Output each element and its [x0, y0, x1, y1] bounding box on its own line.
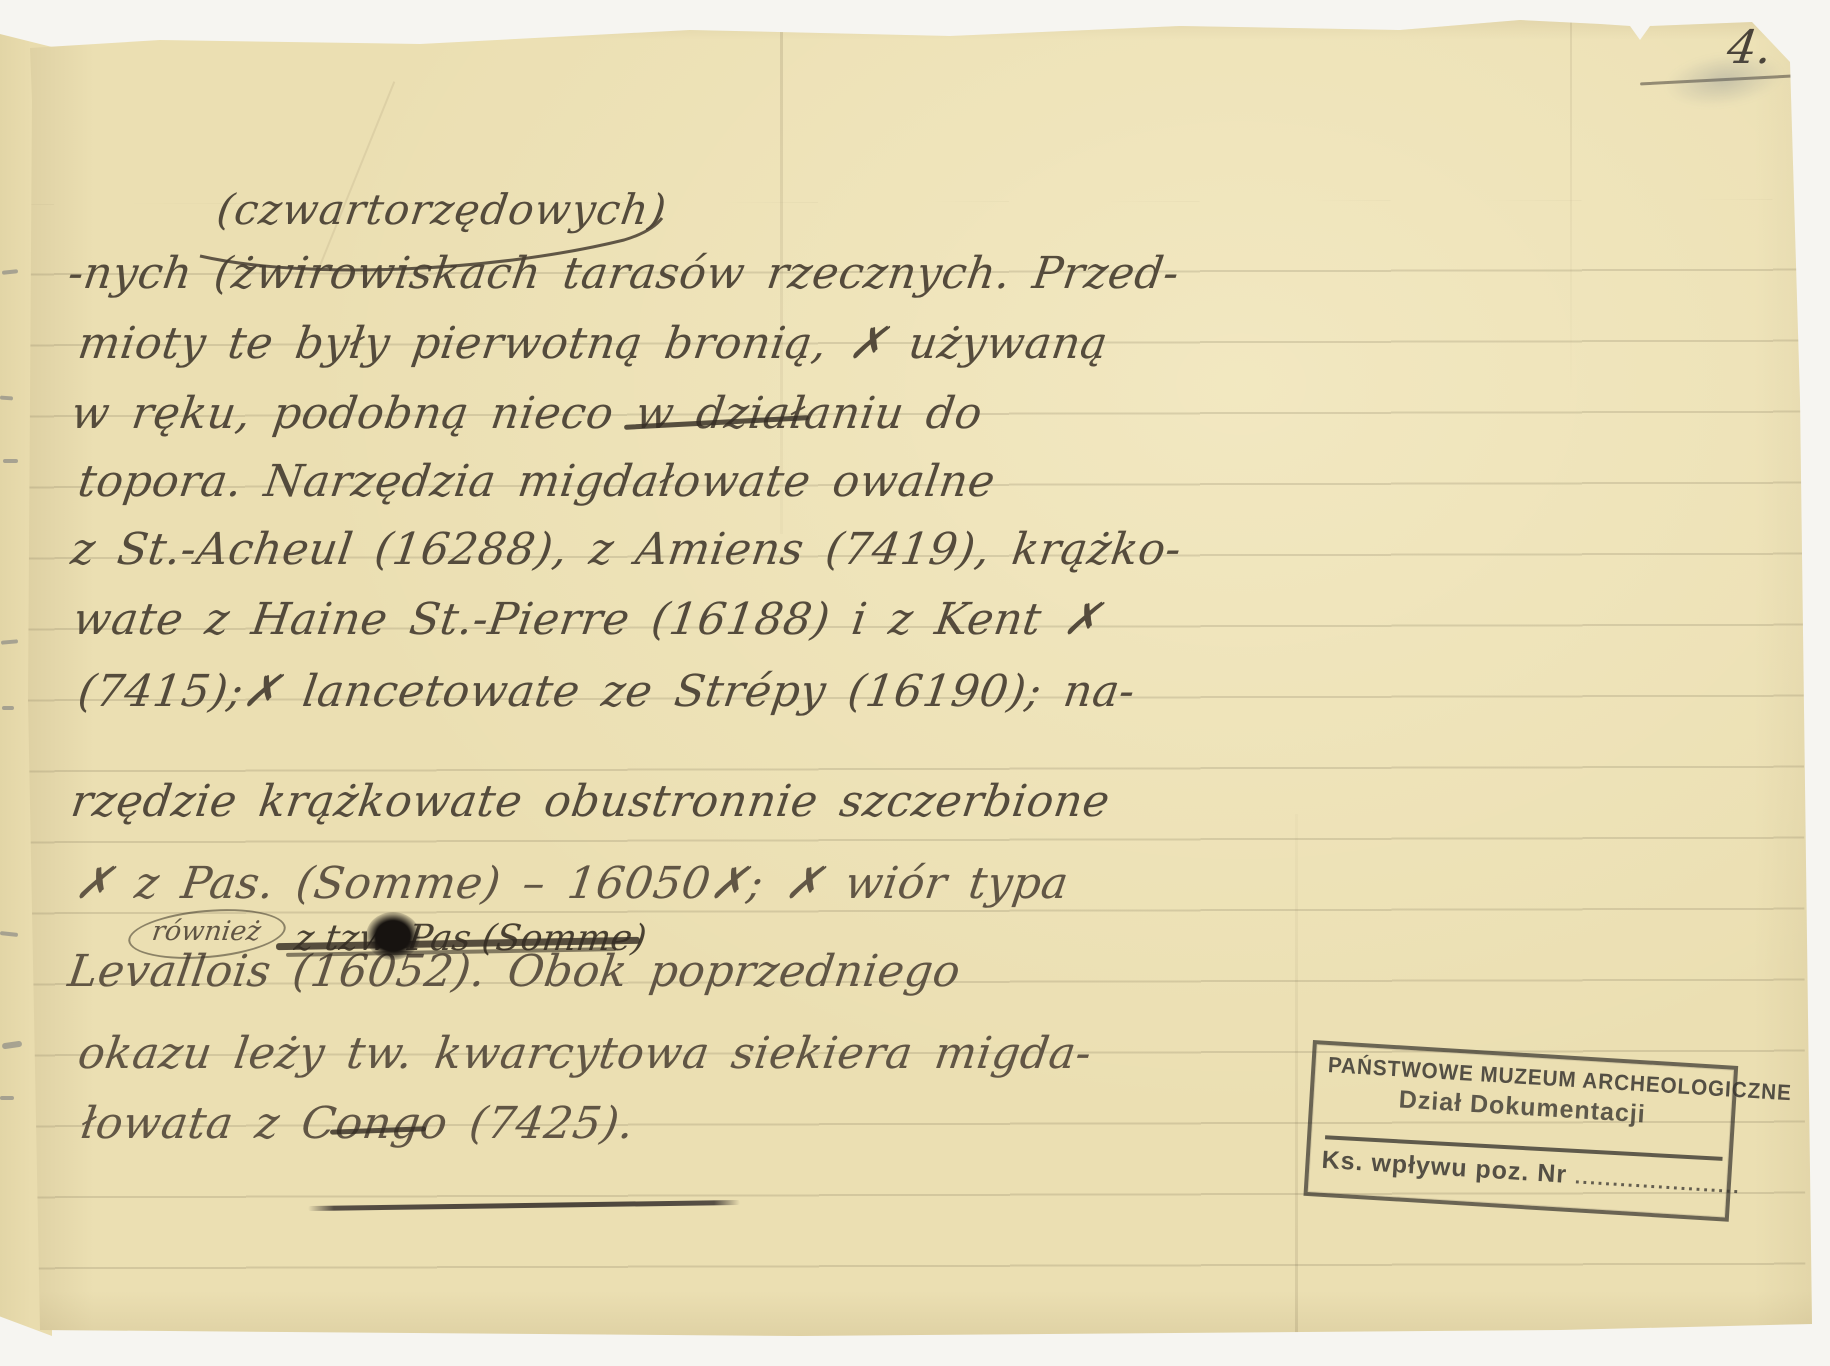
manuscript-line-9: ✗ z Pas. (Somme) – 16050✗; ✗ wiór typa [72, 858, 1072, 909]
manuscript-line-3: w ręku, podobną nieco w działaniu do [68, 388, 986, 439]
showthrough-mark [0, 931, 18, 937]
inserted-word: również [150, 916, 263, 947]
fold-crease [1295, 814, 1298, 1334]
showthrough-mark [0, 1096, 14, 1100]
ink-blot [366, 912, 420, 960]
showthrough-mark [1, 639, 18, 644]
manuscript-page: 4. 3 (czwartorzędowych) -nych (żwirowisk… [24, 14, 1814, 1336]
manuscript-line-5: z St.-Acheul (16288), z Amiens (7419), k… [68, 524, 1185, 575]
manuscript-line-4: topora. Narzędzia migdałowate owalne [75, 456, 998, 507]
closing-rule [308, 1200, 740, 1211]
showthrough-mark [0, 396, 13, 401]
manuscript-line-12: łowata z Congo (7425). [78, 1098, 637, 1149]
annotation-quaternary: (czwartorzędowych) [214, 185, 670, 234]
manuscript-line-7: (7415);✗ lancetowate ze Strépy (16190); … [75, 666, 1138, 717]
manuscript-line-6: wate z Haine St.-Pierre (16188) i z Kent… [70, 594, 1105, 645]
page-number-mark: 3 [1792, 66, 1808, 90]
stamp-dotted-line: ...................... [1574, 1166, 1741, 1198]
museum-stamp: PAŃSTWOWE MUZEUM ARCHEOLOGICZNE Dział Do… [1303, 1040, 1738, 1222]
manuscript-line-11: okazu leży tw. kwarcytowa siekiera migda… [75, 1028, 1095, 1079]
manuscript-line-2: mioty te były pierwotną bronią, ✗ używan… [75, 318, 1111, 369]
showthrough-mark [3, 459, 18, 463]
showthrough-mark [2, 706, 14, 710]
manuscript-line-1: -nych (żwirowiskach tarasów rzecznych. P… [65, 248, 1182, 299]
manuscript-line-8: rzędzie krążkowate obustronnie szczerbio… [68, 776, 1113, 827]
showthrough-mark [2, 269, 18, 275]
fold-crease [1570, 14, 1572, 394]
stamp-entry-label: Ks. wpływu poz. Nr [1321, 1146, 1568, 1189]
showthrough-mark [2, 1041, 23, 1050]
